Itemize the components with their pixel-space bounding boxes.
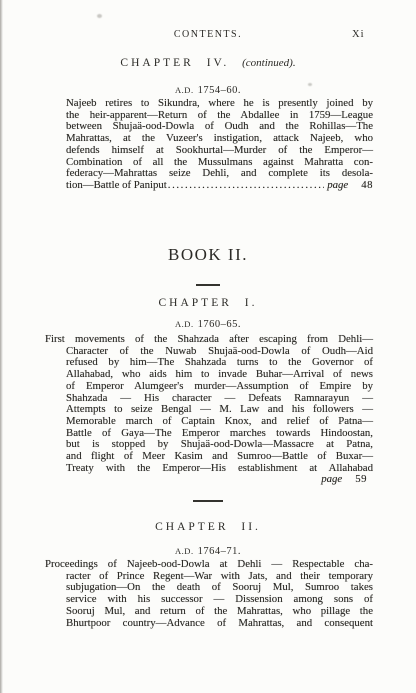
chapter-iv-continued-label: (continued). — [242, 57, 295, 69]
summary-line: of Emperor Alumgeer's murder—Assumption … — [66, 381, 373, 393]
chapter-ii-date-prefix: A.D. — [175, 546, 194, 556]
chapter-i-summary-lines: First movements of the Shahzada after es… — [45, 334, 373, 474]
summary-line: Sooruj Mul, and return of the Mahrattas,… — [66, 606, 373, 618]
chapter-i-date-range: 1760–65. — [198, 319, 241, 330]
page-ref-number: 48 — [361, 180, 373, 192]
chapter-iv-date-prefix: A.D. — [175, 85, 194, 95]
chapter-iv-last-line-text: tion—Battle of Paniput — [66, 180, 167, 192]
chapter-iv-date-range: 1754–60. — [198, 85, 241, 96]
summary-line: Najeeb retires to Sikundra, where he is … — [66, 98, 373, 110]
chapter-i-summary: First movements of the Shahzada after es… — [45, 334, 373, 486]
chapter-ii-date: A.D. 1764–71. — [0, 541, 416, 559]
chapter-ii-summary-lines: Proceedings of Najeeb-ood-Dowla at Dehli… — [45, 559, 373, 629]
chapter-iv-heading-text: CHAPTER IV. — [120, 57, 229, 69]
chapter-iv-heading: CHAPTER IV. (continued). — [0, 57, 416, 69]
chapter-ii-summary: Proceedings of Najeeb-ood-Dowla at Dehli… — [45, 559, 373, 629]
scan-speck — [97, 14, 102, 18]
summary-line: and flight of Meer Kasim and Sumroo—Batt… — [66, 451, 373, 463]
page-folio-number: Xi — [352, 29, 365, 40]
section-divider-rule — [196, 284, 220, 286]
chapter-i-page-reference-line: page 59 — [45, 474, 367, 486]
scan-gutter-shadow — [0, 0, 3, 693]
scanned-contents-page: CONTENTS. Xi CHAPTER IV. (continued). A.… — [0, 0, 416, 693]
chapter-iv-summary: Najeeb retires to Sikundra, where he is … — [66, 98, 373, 192]
chapter-iv-summary-lines: Najeeb retires to Sikundra, where he is … — [66, 98, 373, 180]
summary-line: Bhurtpoor country—Advance of Mahrattas, … — [66, 618, 373, 630]
page-ref-label: page — [321, 474, 342, 486]
summary-line: Proceedings of Najeeb-ood-Dowla at Dehli… — [45, 559, 373, 571]
chapter-i-date-prefix: A.D. — [175, 319, 194, 329]
chapter-ii-date-range: 1764–71. — [198, 546, 241, 557]
chapter-ii-heading: CHAPTER II. — [0, 521, 416, 533]
chapter-iv-date: A.D. 1754–60. — [0, 80, 416, 98]
summary-line: defends himself at Sookhurtal—Murder of … — [66, 145, 373, 157]
summary-line: Memorable march of Captain Knox, and rel… — [66, 416, 373, 428]
chapter-i-date: A.D. 1760–65. — [0, 314, 416, 332]
summary-line: First movements of the Shahzada after es… — [45, 334, 373, 346]
section-divider-rule — [193, 500, 223, 502]
chapter-iv-page-reference-line: tion—Battle of Paniput .................… — [66, 180, 373, 192]
book-ii-title: BOOK II. — [0, 245, 416, 265]
page-ref-label: page — [327, 180, 348, 192]
dot-leader: ........................................… — [168, 180, 324, 192]
page-ref-number: 59 — [355, 474, 367, 486]
chapter-i-heading: CHAPTER I. — [0, 297, 416, 309]
